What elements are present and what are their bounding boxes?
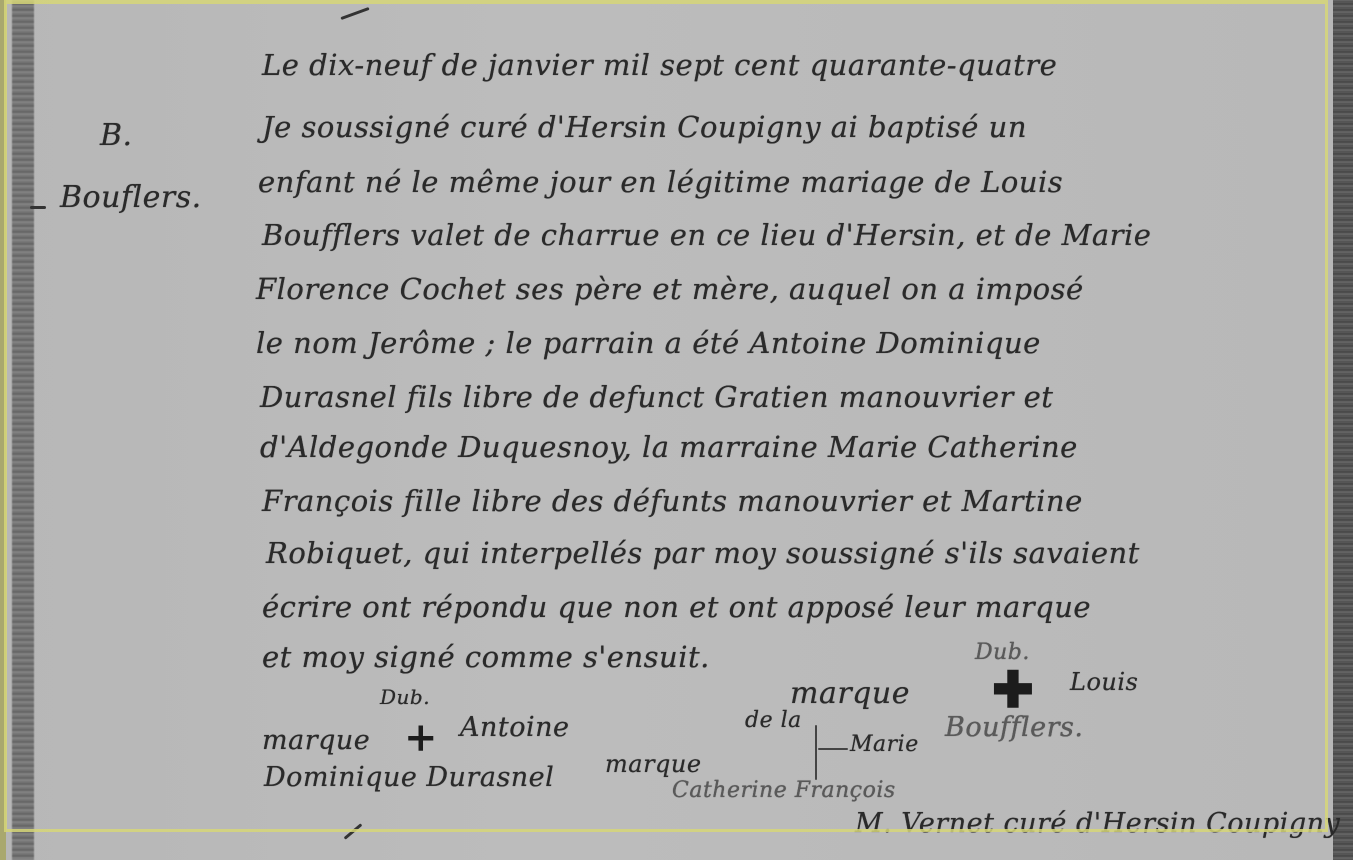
- manuscript-page: B. Bouflers. Le dix-neuf de janvier mil …: [0, 0, 1353, 860]
- cure-signature: M. Vernet curé d'Hersin Coupigny: [855, 808, 1340, 839]
- godmother-name-1: Marie: [850, 732, 919, 757]
- record-line: Boufflers valet de charrue en ce lieu d'…: [262, 218, 1151, 252]
- record-line: Durasnel fils libre de defunct Gratien m…: [260, 380, 1053, 414]
- margin-surname: Bouflers.: [60, 180, 202, 215]
- godfather-name-2: Dominique Durasnel: [264, 762, 554, 793]
- record-line: le nom Jerôme ; le parrain a été Antoine…: [256, 326, 1041, 360]
- margin-marker: B.: [100, 118, 133, 153]
- godmother-mark-label: marque: [605, 750, 702, 778]
- godmother-cross-vertical: [815, 725, 817, 780]
- godmother-prefix: de la: [745, 708, 802, 733]
- margin-dash: [30, 206, 46, 209]
- record-line: Robiquet, qui interpellés par moy soussi…: [266, 536, 1140, 570]
- ink-stroke: [340, 7, 369, 20]
- godfather-mark-label: marque: [262, 725, 370, 756]
- father-name-2: Boufflers.: [945, 712, 1083, 743]
- ink-stroke: [344, 823, 363, 839]
- page-binding-left: [12, 0, 34, 860]
- record-line: Je soussigné curé d'Hersin Coupigny ai b…: [262, 110, 1027, 144]
- godfather-cross-mark: +: [404, 714, 438, 761]
- page-binding-right: [1333, 0, 1353, 860]
- father-mark-label: marque: [790, 676, 910, 711]
- godmother-cross-horizontal: [818, 748, 848, 750]
- father-name-1: Louis: [1070, 668, 1138, 696]
- record-line: et moy signé comme s'ensuit.: [262, 640, 710, 674]
- selection-edge: [0, 0, 6, 860]
- record-line: Florence Cochet ses père et mère, auquel…: [256, 272, 1084, 306]
- godmother-name-2: Catherine François: [672, 778, 896, 803]
- father-cross-mark: ✚: [992, 660, 1034, 719]
- record-line: François fille libre des défunts manouvr…: [262, 484, 1083, 518]
- godfather-prefix: Dub.: [380, 685, 430, 709]
- record-line: enfant né le même jour en légitime maria…: [258, 165, 1063, 199]
- record-line: Le dix-neuf de janvier mil sept cent qua…: [262, 48, 1057, 82]
- godfather-name-1: Antoine: [460, 712, 570, 743]
- record-line: écrire ont répondu que non et ont apposé…: [262, 590, 1091, 624]
- record-line: d'Aldegonde Duquesnoy, la marraine Marie…: [260, 430, 1078, 464]
